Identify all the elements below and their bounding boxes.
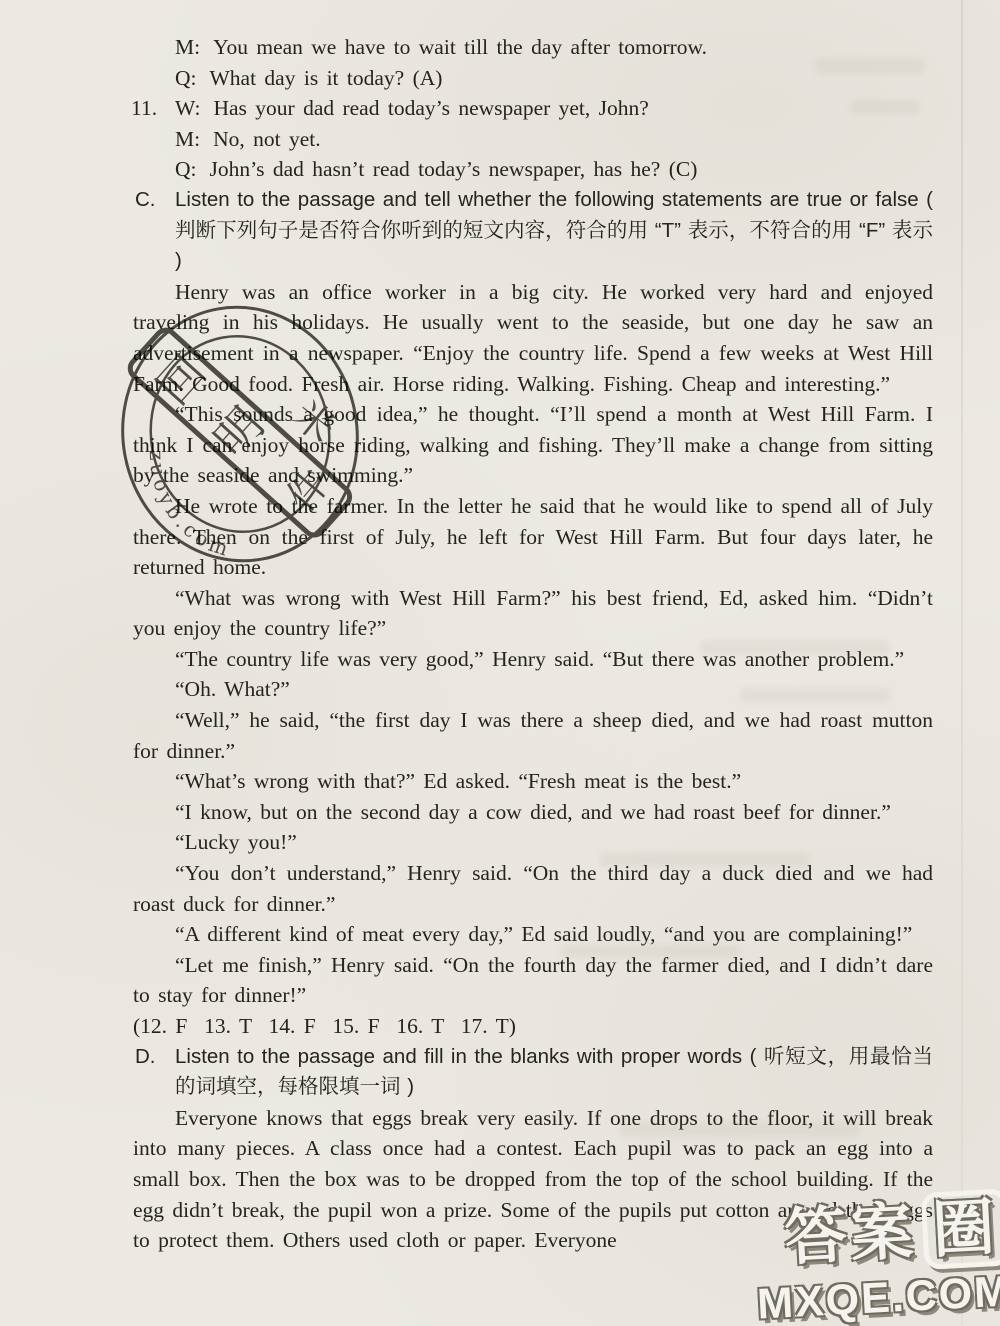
- site-watermark: 答案圈 MXQE.COM: [752, 1188, 1000, 1326]
- watermark-site-url: MXQE.COM: [756, 1270, 1000, 1326]
- passage-paragraph: “What’s wrong with that?” Ed asked. “Fre…: [133, 766, 933, 797]
- speaker-label: M:: [175, 35, 200, 59]
- passage-paragraph: “Well,” he said, “the first day I was th…: [133, 705, 933, 766]
- passage-paragraph: “Let me finish,” Henry said. “On the fou…: [133, 950, 933, 1011]
- ink-stamp: 回 明 米 件 zuoyb.com: [114, 298, 366, 570]
- answer-key: (12. F 13. T 14. F 15. F 16. T 17. T): [133, 1011, 933, 1042]
- section-c-header: C. Listen to the passage and tell whethe…: [133, 185, 933, 277]
- passage-paragraph: “You don’t understand,” Henry said. “On …: [133, 858, 933, 919]
- watermark-logo-text: 答案: [783, 1197, 918, 1273]
- section-d-instruction: Listen to the passage and fill in the bl…: [175, 1045, 933, 1099]
- passage-paragraph: “A different kind of meat every day,” Ed…: [133, 919, 933, 950]
- passage-paragraph: “I know, but on the second day a cow die…: [133, 797, 933, 828]
- dialogue-line: Q:John’s dad hasn’t read today’s newspap…: [133, 154, 933, 185]
- stamp-ring-text: zuoyb.com: [145, 449, 235, 561]
- svg-text:zuoyb.com: zuoyb.com: [145, 449, 235, 561]
- dialogue-text: Has your dad read today’s newspaper yet,…: [213, 96, 648, 120]
- watermark-logo-circle: 圈: [921, 1188, 1000, 1269]
- section-d-label: D.: [135, 1042, 156, 1073]
- stamp-character: 明: [204, 397, 275, 467]
- passage-paragraph: “The country life was very good,” Henry …: [133, 644, 933, 675]
- dialogue-text: John’s dad hasn’t read today’s newspaper…: [210, 157, 698, 181]
- speaker-label: Q:: [175, 66, 197, 90]
- dialogue-line: Q:What day is it today? (A): [133, 63, 933, 94]
- speaker-label: W:: [175, 96, 200, 120]
- item-number: 11.: [131, 93, 157, 124]
- dialogue-line: 11. W:Has your dad read today’s newspape…: [133, 93, 933, 124]
- passage-paragraph: “What was wrong with West Hill Farm?” hi…: [133, 583, 933, 644]
- section-c-instruction: Listen to the passage and tell whether t…: [175, 188, 933, 272]
- dialogue-line: M:You mean we have to wait till the day …: [133, 32, 933, 63]
- section-c-label: C.: [135, 185, 156, 216]
- stamp-character: 回: [146, 345, 217, 415]
- speaker-label: Q:: [175, 157, 197, 181]
- section-d-header: D. Listen to the passage and fill in the…: [133, 1042, 933, 1103]
- dialogue-text: You mean we have to wait till the day af…: [213, 35, 707, 59]
- content-column: M:You mean we have to wait till the day …: [133, 32, 933, 1256]
- dialogue-line: M:No, not yet.: [133, 124, 933, 155]
- passage-paragraph: “Lucky you!”: [133, 827, 933, 858]
- dialogue-text: No, not yet.: [213, 127, 321, 151]
- watermark-logo: 答案圈: [752, 1188, 1000, 1278]
- page-crease-line: [961, 0, 963, 1326]
- speaker-label: M:: [175, 127, 200, 151]
- dialogue-text: What day is it today? (A): [210, 66, 443, 90]
- passage-paragraph: “Oh. What?”: [133, 674, 933, 705]
